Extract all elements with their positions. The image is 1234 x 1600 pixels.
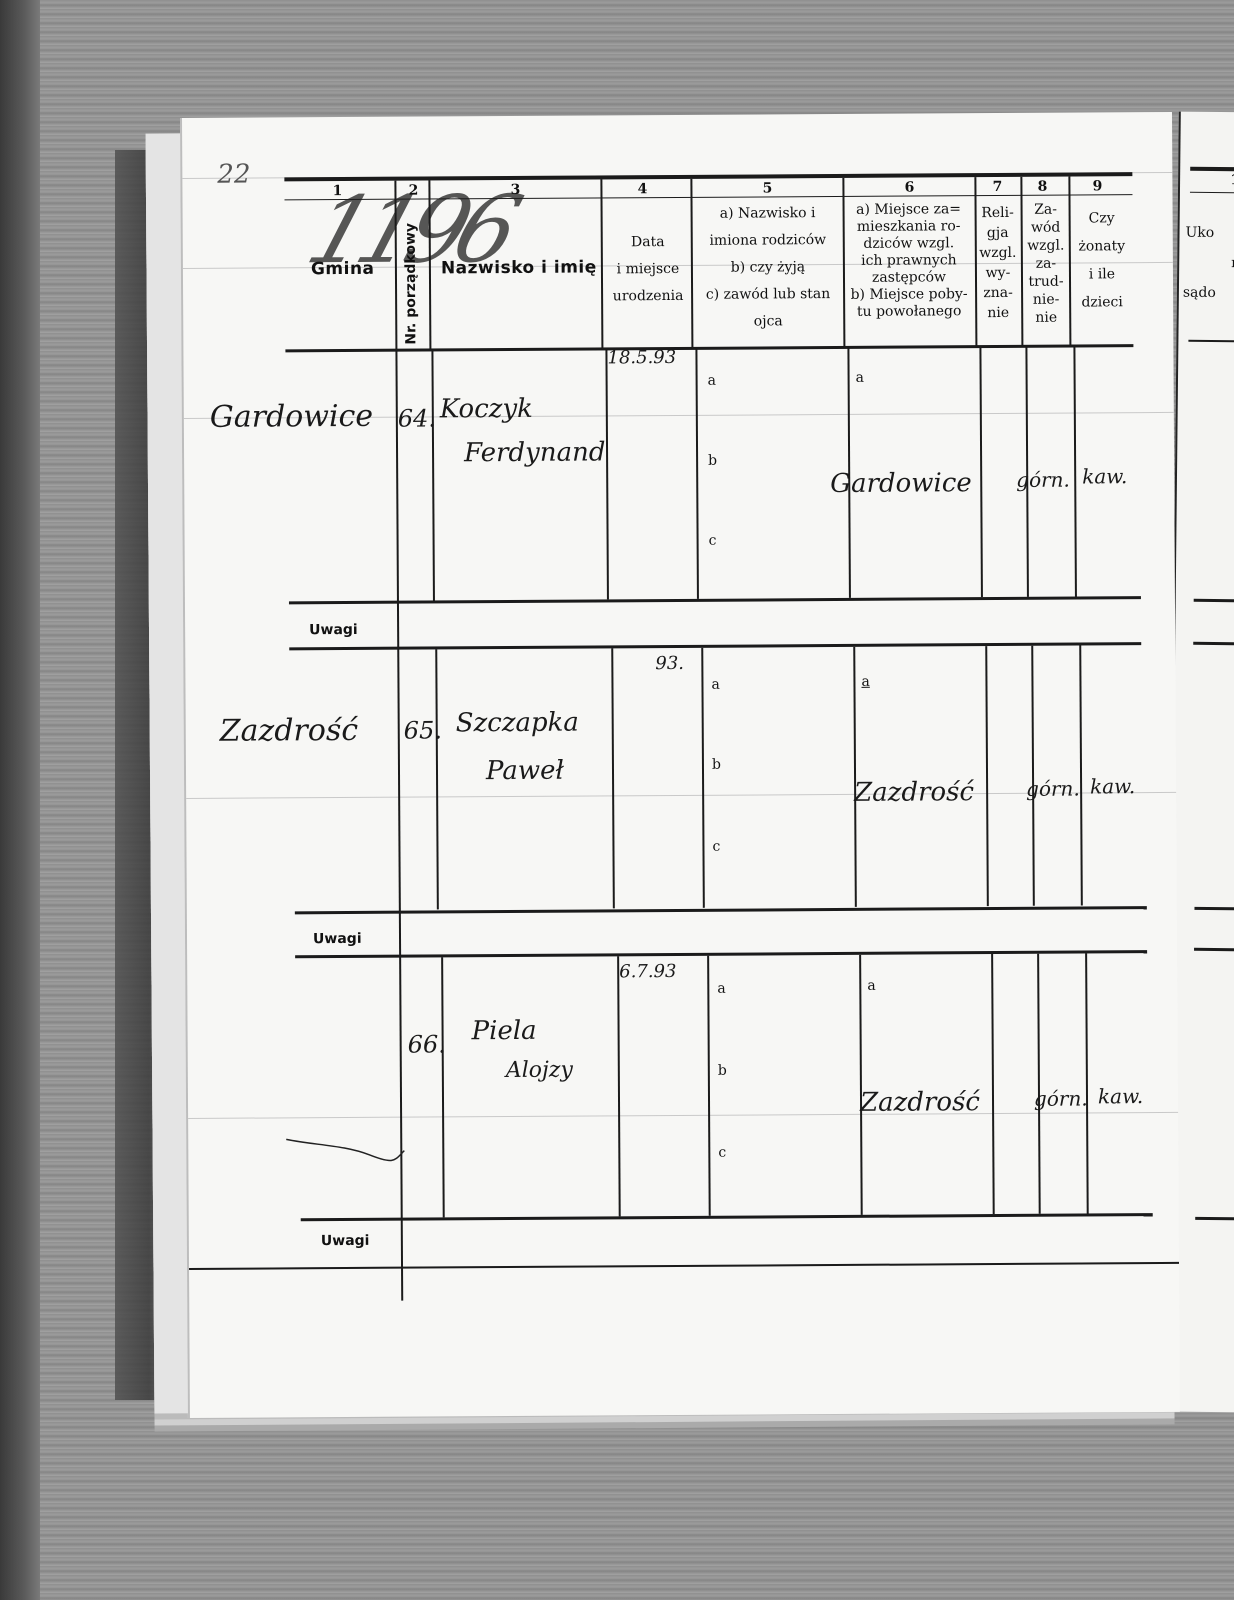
column-4-header: Data i miejsce urodzenia <box>603 233 693 307</box>
register-entry-1: Gardowice 64. Koczyk Ferdynand 18.5.93 a… <box>182 112 1172 118</box>
entry-1-sub-6a: a <box>856 370 864 386</box>
entry-3-remarks-rule <box>189 1262 1179 1270</box>
column-number-3: 3 <box>500 182 530 198</box>
entry-2-residence: Zazdrość <box>854 777 974 808</box>
book-spine-shadow <box>0 0 40 1600</box>
column-6-header: a) Miejsce za= mieszkania ro- dziców wzg… <box>843 201 976 321</box>
column-7-header: Reli- gja wzgl. wy- zna- nie <box>975 203 1022 323</box>
entry-1-sub-c: c <box>709 533 717 549</box>
entry-2-sub-b: b <box>712 757 721 773</box>
entry-2-sub-a: a <box>711 677 719 693</box>
header-bottom-rule <box>285 344 1133 352</box>
entry-3-sub-a: a <box>717 981 725 997</box>
entry-3-residence: Zazdrość <box>860 1087 980 1118</box>
column-number-7: 7 <box>982 179 1012 195</box>
entry-3-marital: kaw. <box>1098 1084 1143 1108</box>
entry-1-marital: kaw. <box>1082 464 1127 488</box>
rule <box>1190 192 1234 194</box>
column-10-header-line-1: Uko <box>1185 224 1214 243</box>
column-number-6: 6 <box>894 179 924 195</box>
entry-3-surname: Piela <box>471 1016 536 1046</box>
rule <box>1188 340 1234 343</box>
column-header-nr: Nr. porządkowy <box>403 223 420 345</box>
column-number-9: 9 <box>1082 178 1112 194</box>
entry-3-remarks-label: Uwagi <box>321 1233 370 1249</box>
entry-2-surname: Szczapka <box>456 708 579 739</box>
column-8-header: Za- wód wzgl. za- trud- nie- nie <box>1023 201 1070 327</box>
entry-1-given-name: Ferdynand <box>464 437 606 468</box>
entry-1-sub-b: b <box>708 453 717 469</box>
entry-2-nr: 65. <box>404 716 442 744</box>
page-number: 22 <box>217 160 250 190</box>
entry-3-sub-6a: a <box>867 978 875 994</box>
entry-1-surname: Koczyk <box>440 394 533 425</box>
column-header-gmina: Gmina <box>311 259 375 279</box>
rule <box>1194 948 1234 952</box>
entry-1-gmina: Gardowice <box>210 399 374 435</box>
rule <box>1193 642 1234 646</box>
entry-2-occupation: górn. <box>1026 777 1080 801</box>
entry-3-nr: 66. <box>408 1030 446 1058</box>
column-number-10: 10 <box>1220 172 1234 188</box>
register-entry-3: 66. Piela Alojzy 6.7.93 a b c a Zazdrość… <box>182 112 1172 118</box>
rule <box>1195 1217 1234 1221</box>
column-header-name: Nazwisko i imię <box>441 257 597 278</box>
entry-3-sub-b: b <box>718 1063 727 1079</box>
handwritten-dash-mark <box>284 1135 408 1166</box>
column-9-header: Czy żonaty i ile dzieci <box>1071 204 1134 316</box>
register-page: 22 1196 1 2 3 4 5 6 7 8 9 Gmina Nr. porz… <box>180 112 1180 1418</box>
entry-1-occupation: górn. <box>1016 468 1070 492</box>
rule <box>1190 167 1234 172</box>
entry-2-given-name: Paweł <box>486 756 564 786</box>
entry-2-remarks-rule <box>295 950 1147 958</box>
entry-1-sub-a: a <box>708 373 716 389</box>
entry-3-birth-date: 6.7.93 <box>619 961 676 982</box>
column-number-5: 5 <box>752 180 782 196</box>
entry-2-rule <box>295 906 1147 914</box>
column-10-header-line-3: sądo <box>1183 284 1216 303</box>
entry-1-remarks-label: Uwagi <box>309 622 358 638</box>
entry-2-gmina: Zazdrość <box>220 713 359 749</box>
column-5-header: a) Nazwisko i imiona rodziców b) czy żyj… <box>693 200 844 336</box>
column-number-1: 1 <box>322 183 352 199</box>
entry-2-marital: kaw. <box>1090 774 1135 798</box>
entry-3-occupation: górn. <box>1034 1086 1088 1110</box>
entry-3-sub-c: c <box>718 1145 726 1161</box>
entry-1-remarks-rule <box>289 642 1141 650</box>
column-number-2: 2 <box>398 182 428 198</box>
entry-1-residence: Gardowice <box>830 468 972 499</box>
entry-2-remarks-label: Uwagi <box>313 931 362 947</box>
entry-1-rule <box>289 596 1141 604</box>
entry-2-birth-date: 93. <box>655 653 684 674</box>
column-number-4: 4 <box>627 181 657 197</box>
entry-2-sub-c: c <box>712 839 720 855</box>
entry-2-sub-6a: a <box>861 674 869 690</box>
column-number-8: 8 <box>1027 179 1057 195</box>
entry-1-birth-date: 18.5.93 <box>607 347 676 368</box>
entry-3-given-name: Alojzy <box>506 1058 573 1083</box>
rule <box>1194 907 1234 911</box>
rule <box>1194 599 1234 603</box>
entry-3-rule <box>301 1213 1153 1221</box>
register-entry-2: Zazdrość 65. Szczapka Paweł 93. a b c a … <box>182 112 1172 118</box>
entry-1-nr: 64. <box>398 404 436 432</box>
